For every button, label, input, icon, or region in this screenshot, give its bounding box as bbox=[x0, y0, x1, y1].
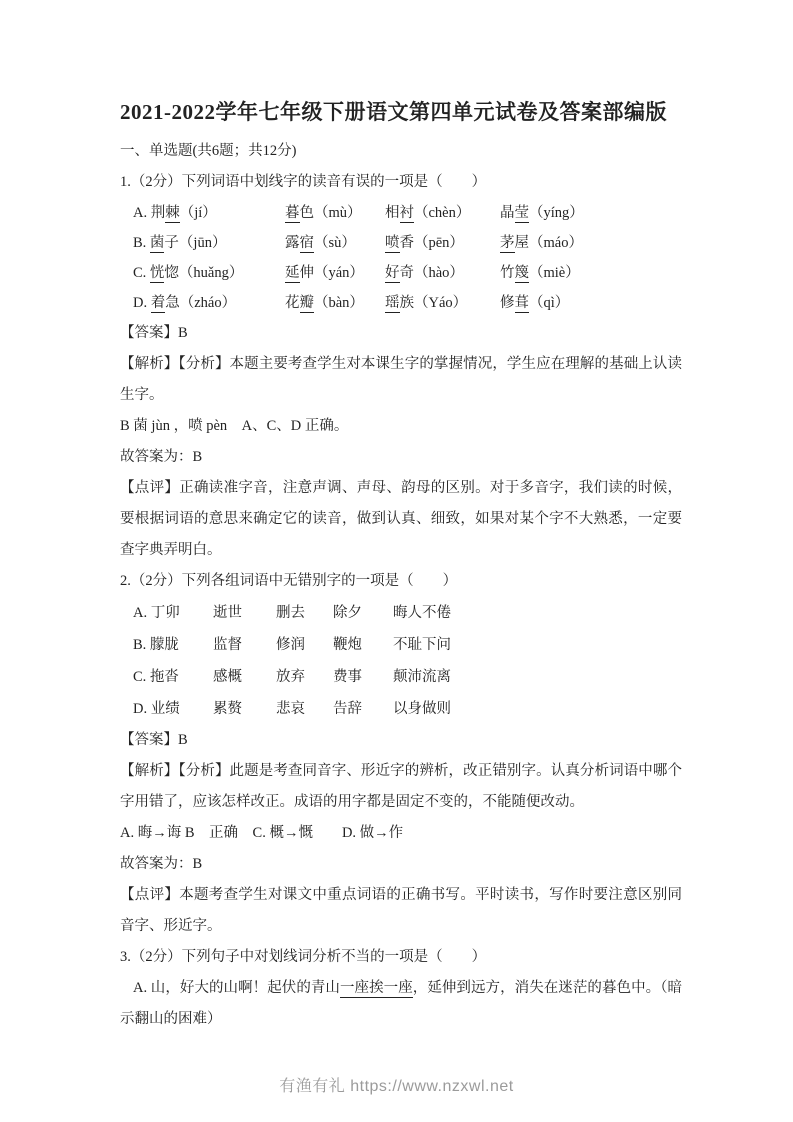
analysis-line: 【解析】【分析】此题是考查同音字、形近字的辨析，改正错别字。认真分析词语中哪个字… bbox=[120, 756, 682, 818]
option-word: 暮色（mù） bbox=[285, 198, 385, 228]
option-word: 累赘 bbox=[213, 693, 276, 725]
option-word: 感概 bbox=[213, 661, 276, 693]
option-label: A. bbox=[133, 205, 151, 221]
section-header: 一、单选题(共6题；共12分) bbox=[120, 136, 682, 167]
option-word: 监督 bbox=[213, 629, 276, 661]
option-word: 鞭炮 bbox=[333, 629, 393, 661]
page-title: 2021-2022学年七年级下册语文第四单元试卷及答案部编版 bbox=[120, 94, 682, 130]
option-label: D. bbox=[133, 295, 151, 311]
option-word: D. 业绩 bbox=[133, 693, 213, 725]
option-word: C. 恍惚（huǎng） bbox=[133, 258, 285, 288]
option-word: 逝世 bbox=[213, 597, 276, 629]
underlined-phrase: 一座挨一座 bbox=[340, 980, 413, 998]
option-row: A. 丁卯逝世删去除夕晦人不倦 bbox=[120, 597, 682, 629]
analysis-line: 【解析】【分析】本题主要考查学生对本课生字的掌握情况，学生应在理解的基础上认读生… bbox=[120, 349, 682, 411]
option-word: 瑶族（Yáo） bbox=[385, 288, 500, 318]
option-word: 喷香（pēn） bbox=[385, 228, 500, 258]
underlined-char: 着 bbox=[151, 295, 166, 313]
analysis-line: 故答案为：B bbox=[120, 442, 682, 473]
option-label: C. bbox=[133, 669, 150, 685]
underlined-char: 瑶 bbox=[385, 295, 400, 313]
option-word: 花瓣（bàn） bbox=[285, 288, 385, 318]
underlined-char: 菌 bbox=[150, 235, 165, 253]
option-word: B. 朦胧 bbox=[133, 629, 213, 661]
comment-line: 【点评】本题考查学生对课文中重点词语的正确书写。平时读书，写作时要注意区别同音字… bbox=[120, 880, 682, 942]
option-word: 修润 bbox=[276, 629, 333, 661]
option-label: A. bbox=[133, 605, 151, 621]
underlined-char: 棘 bbox=[165, 205, 180, 223]
option-row: D. 着急（zháo）花瓣（bàn）瑶族（Yáo）修葺（qì） bbox=[120, 288, 682, 318]
underlined-char: 衬 bbox=[400, 205, 415, 223]
option-label: D. bbox=[133, 701, 151, 717]
underlined-char: 篾 bbox=[515, 265, 530, 283]
underlined-char: 喷 bbox=[385, 235, 400, 253]
text-segment: A. 山，好大的山啊！起伏的青山 bbox=[133, 980, 340, 996]
option-word: D. 着急（zháo） bbox=[133, 288, 285, 318]
option-row: C. 恍惚（huǎng）延伸（yán）好奇（hào）竹篾（miè） bbox=[120, 258, 682, 288]
underlined-char: 恍 bbox=[150, 265, 165, 283]
option-word: 颠沛流离 bbox=[393, 661, 682, 693]
option-word: A. 荆棘（jí） bbox=[133, 198, 285, 228]
footer-watermark: 有渔有礼 https://www.nzxwl.net bbox=[0, 1073, 793, 1096]
option-word: B. 菌子（jūn） bbox=[133, 228, 285, 258]
option-row: A. 荆棘（jí）暮色（mù）相衬（chèn）晶莹（yíng） bbox=[120, 198, 682, 228]
question-stem: 1.（2分）下列词语中划线字的读音有误的一项是（ ） bbox=[120, 167, 682, 198]
option-word: 除夕 bbox=[333, 597, 393, 629]
option-word: 修葺（qì） bbox=[500, 288, 682, 318]
option-word: 以身做则 bbox=[393, 693, 682, 725]
question-stem: 2.（2分）下列各组词语中无错别字的一项是（ ） bbox=[120, 566, 682, 597]
document-page: 2021-2022学年七年级下册语文第四单元试卷及答案部编版 一、单选题(共6题… bbox=[0, 0, 793, 1122]
document-content: 2021-2022学年七年级下册语文第四单元试卷及答案部编版 一、单选题(共6题… bbox=[120, 94, 682, 1035]
questions-container: 1.（2分）下列词语中划线字的读音有误的一项是（ ）A. 荆棘（jí）暮色（mù… bbox=[120, 167, 682, 1035]
option-word: 晦人不倦 bbox=[393, 597, 682, 629]
underlined-char: 宿 bbox=[300, 235, 315, 253]
option-word: 放弃 bbox=[276, 661, 333, 693]
option-word: 好奇（hào） bbox=[385, 258, 500, 288]
underlined-char: 瓣 bbox=[300, 295, 315, 313]
underlined-char: 延 bbox=[285, 265, 300, 283]
option-row: D. 业绩累赘悲哀告辞以身做则 bbox=[120, 693, 682, 725]
option-word: C. 拖沓 bbox=[133, 661, 213, 693]
option-row: B. 朦胧监督修润鞭炮不耻下问 bbox=[120, 629, 682, 661]
option-word: 相衬（chèn） bbox=[385, 198, 500, 228]
answer-line: 【答案】B bbox=[120, 725, 682, 756]
analysis-line: 故答案为：B bbox=[120, 849, 682, 880]
option-sentence: A. 山，好大的山啊！起伏的青山一座挨一座，延伸到远方，消失在迷茫的暮色中。（暗… bbox=[120, 973, 682, 1035]
option-word: 露宿（sù） bbox=[285, 228, 385, 258]
option-word: A. 丁卯 bbox=[133, 597, 213, 629]
question-stem: 3.（2分）下列句子中对划线词分析不当的一项是（ ） bbox=[120, 942, 682, 973]
option-label: C. bbox=[133, 265, 150, 281]
option-row: B. 菌子（jūn）露宿（sù）喷香（pēn）茅屋（máo） bbox=[120, 228, 682, 258]
option-word: 告辞 bbox=[333, 693, 393, 725]
analysis-line: A. 晦→诲 B 正确 C. 概→慨 D. 做→作 bbox=[120, 818, 682, 849]
option-word: 费事 bbox=[333, 661, 393, 693]
comment-line: 【点评】正确读准字音，注意声调、声母、韵母的区别。对于多音字，我们读的时候，要根… bbox=[120, 473, 682, 566]
option-word: 悲哀 bbox=[276, 693, 333, 725]
underlined-char: 茅 bbox=[500, 235, 515, 253]
option-word: 延伸（yán） bbox=[285, 258, 385, 288]
option-word: 不耻下问 bbox=[393, 629, 682, 661]
underlined-char: 葺 bbox=[515, 295, 530, 313]
underlined-char: 暮 bbox=[285, 205, 300, 223]
option-word: 竹篾（miè） bbox=[500, 258, 682, 288]
option-label: B. bbox=[133, 637, 150, 653]
option-word: 茅屋（máo） bbox=[500, 228, 682, 258]
underlined-char: 好 bbox=[385, 265, 400, 283]
option-word: 晶莹（yíng） bbox=[500, 198, 682, 228]
option-row: C. 拖沓感概放弃费事颠沛流离 bbox=[120, 661, 682, 693]
option-word: 删去 bbox=[276, 597, 333, 629]
analysis-line: B 菌 jùn ，喷 pèn A、C、D 正确。 bbox=[120, 411, 682, 442]
option-label: B. bbox=[133, 235, 150, 251]
answer-line: 【答案】B bbox=[120, 318, 682, 349]
underlined-char: 莹 bbox=[515, 205, 530, 223]
